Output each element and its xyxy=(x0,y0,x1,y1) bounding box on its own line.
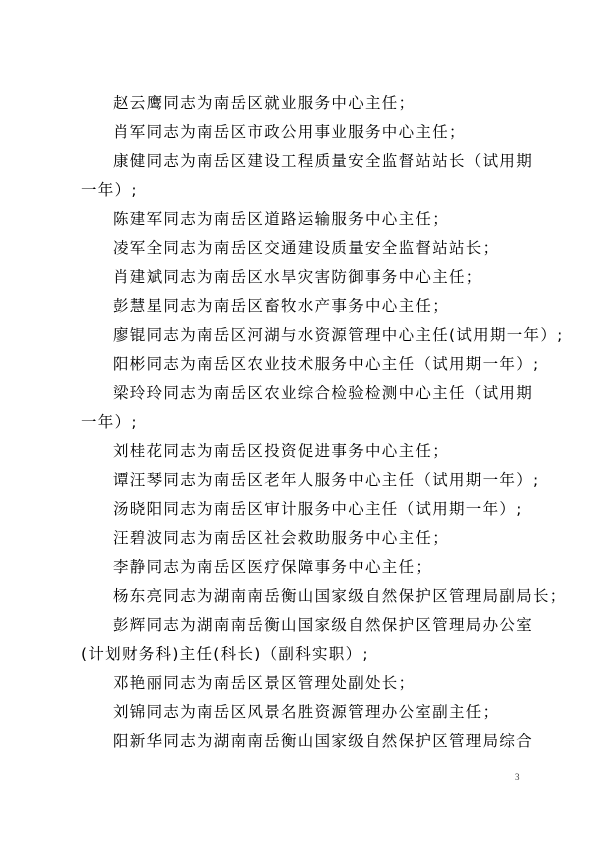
appointment-line: 肖建斌同志为南岳区水旱灾害防御事务中心主任； xyxy=(81,263,521,292)
appointment-line: 梁玲玲同志为南岳区农业综合检验检测中心主任（试用期 xyxy=(81,379,521,408)
appointment-line-continuation: 一年）; xyxy=(81,408,521,437)
appointment-line: 刘桂花同志为南岳区投资促进事务中心主任； xyxy=(81,437,521,466)
appointment-line: 谭汪琴同志为南岳区老年人服务中心主任（试用期一年）; xyxy=(81,466,521,495)
appointment-line: 刘锦同志为南岳区风景名胜资源管理办公室副主任； xyxy=(81,698,521,727)
appointment-line: 陈建军同志为南岳区道路运输服务中心主任； xyxy=(81,205,521,234)
appointment-line: 肖军同志为南岳区市政公用事业服务中心主任； xyxy=(81,118,521,147)
appointment-line: 康健同志为南岳区建设工程质量安全监督站站长（试用期 xyxy=(81,147,521,176)
appointment-line: 凌军全同志为南岳区交通建设质量安全监督站站长； xyxy=(81,234,521,263)
appointment-line: 邓艳丽同志为南岳区景区管理处副处长； xyxy=(81,669,521,698)
appointment-line: 彭辉同志为湖南南岳衡山国家级自然保护区管理局办公室 xyxy=(81,611,521,640)
appointment-line: 汪碧波同志为南岳区社会救助服务中心主任； xyxy=(81,524,521,553)
appointment-line: 彭慧星同志为南岳区畜牧水产事务中心主任； xyxy=(81,292,521,321)
document-page: 赵云鹰同志为南岳区就业服务中心主任； 肖军同志为南岳区市政公用事业服务中心主任；… xyxy=(0,0,600,848)
appointment-line-continuation: (计划财务科)主任(科长)（副科实职）; xyxy=(81,640,521,669)
appointment-line: 阳彬同志为南岳区农业技术服务中心主任（试用期一年）; xyxy=(81,350,521,379)
appointment-line: 李静同志为南岳区医疗保障事务中心主任； xyxy=(81,553,521,582)
appointment-line: 阳新华同志为湖南南岳衡山国家级自然保护区管理局综合 xyxy=(81,727,521,756)
appointment-list: 赵云鹰同志为南岳区就业服务中心主任； 肖军同志为南岳区市政公用事业服务中心主任；… xyxy=(81,89,521,756)
appointment-line: 杨东亮同志为湖南南岳衡山国家级自然保护区管理局副局长； xyxy=(81,582,521,611)
page-number: 3 xyxy=(515,772,520,782)
appointment-line-continuation: 一年）; xyxy=(81,176,521,205)
appointment-line: 赵云鹰同志为南岳区就业服务中心主任； xyxy=(81,89,521,118)
appointment-line: 汤晓阳同志为南岳区审计服务中心主任（试用期一年）; xyxy=(81,495,521,524)
appointment-line: 廖锟同志为南岳区河湖与水资源管理中心主任(试用期一年）; xyxy=(81,321,521,350)
